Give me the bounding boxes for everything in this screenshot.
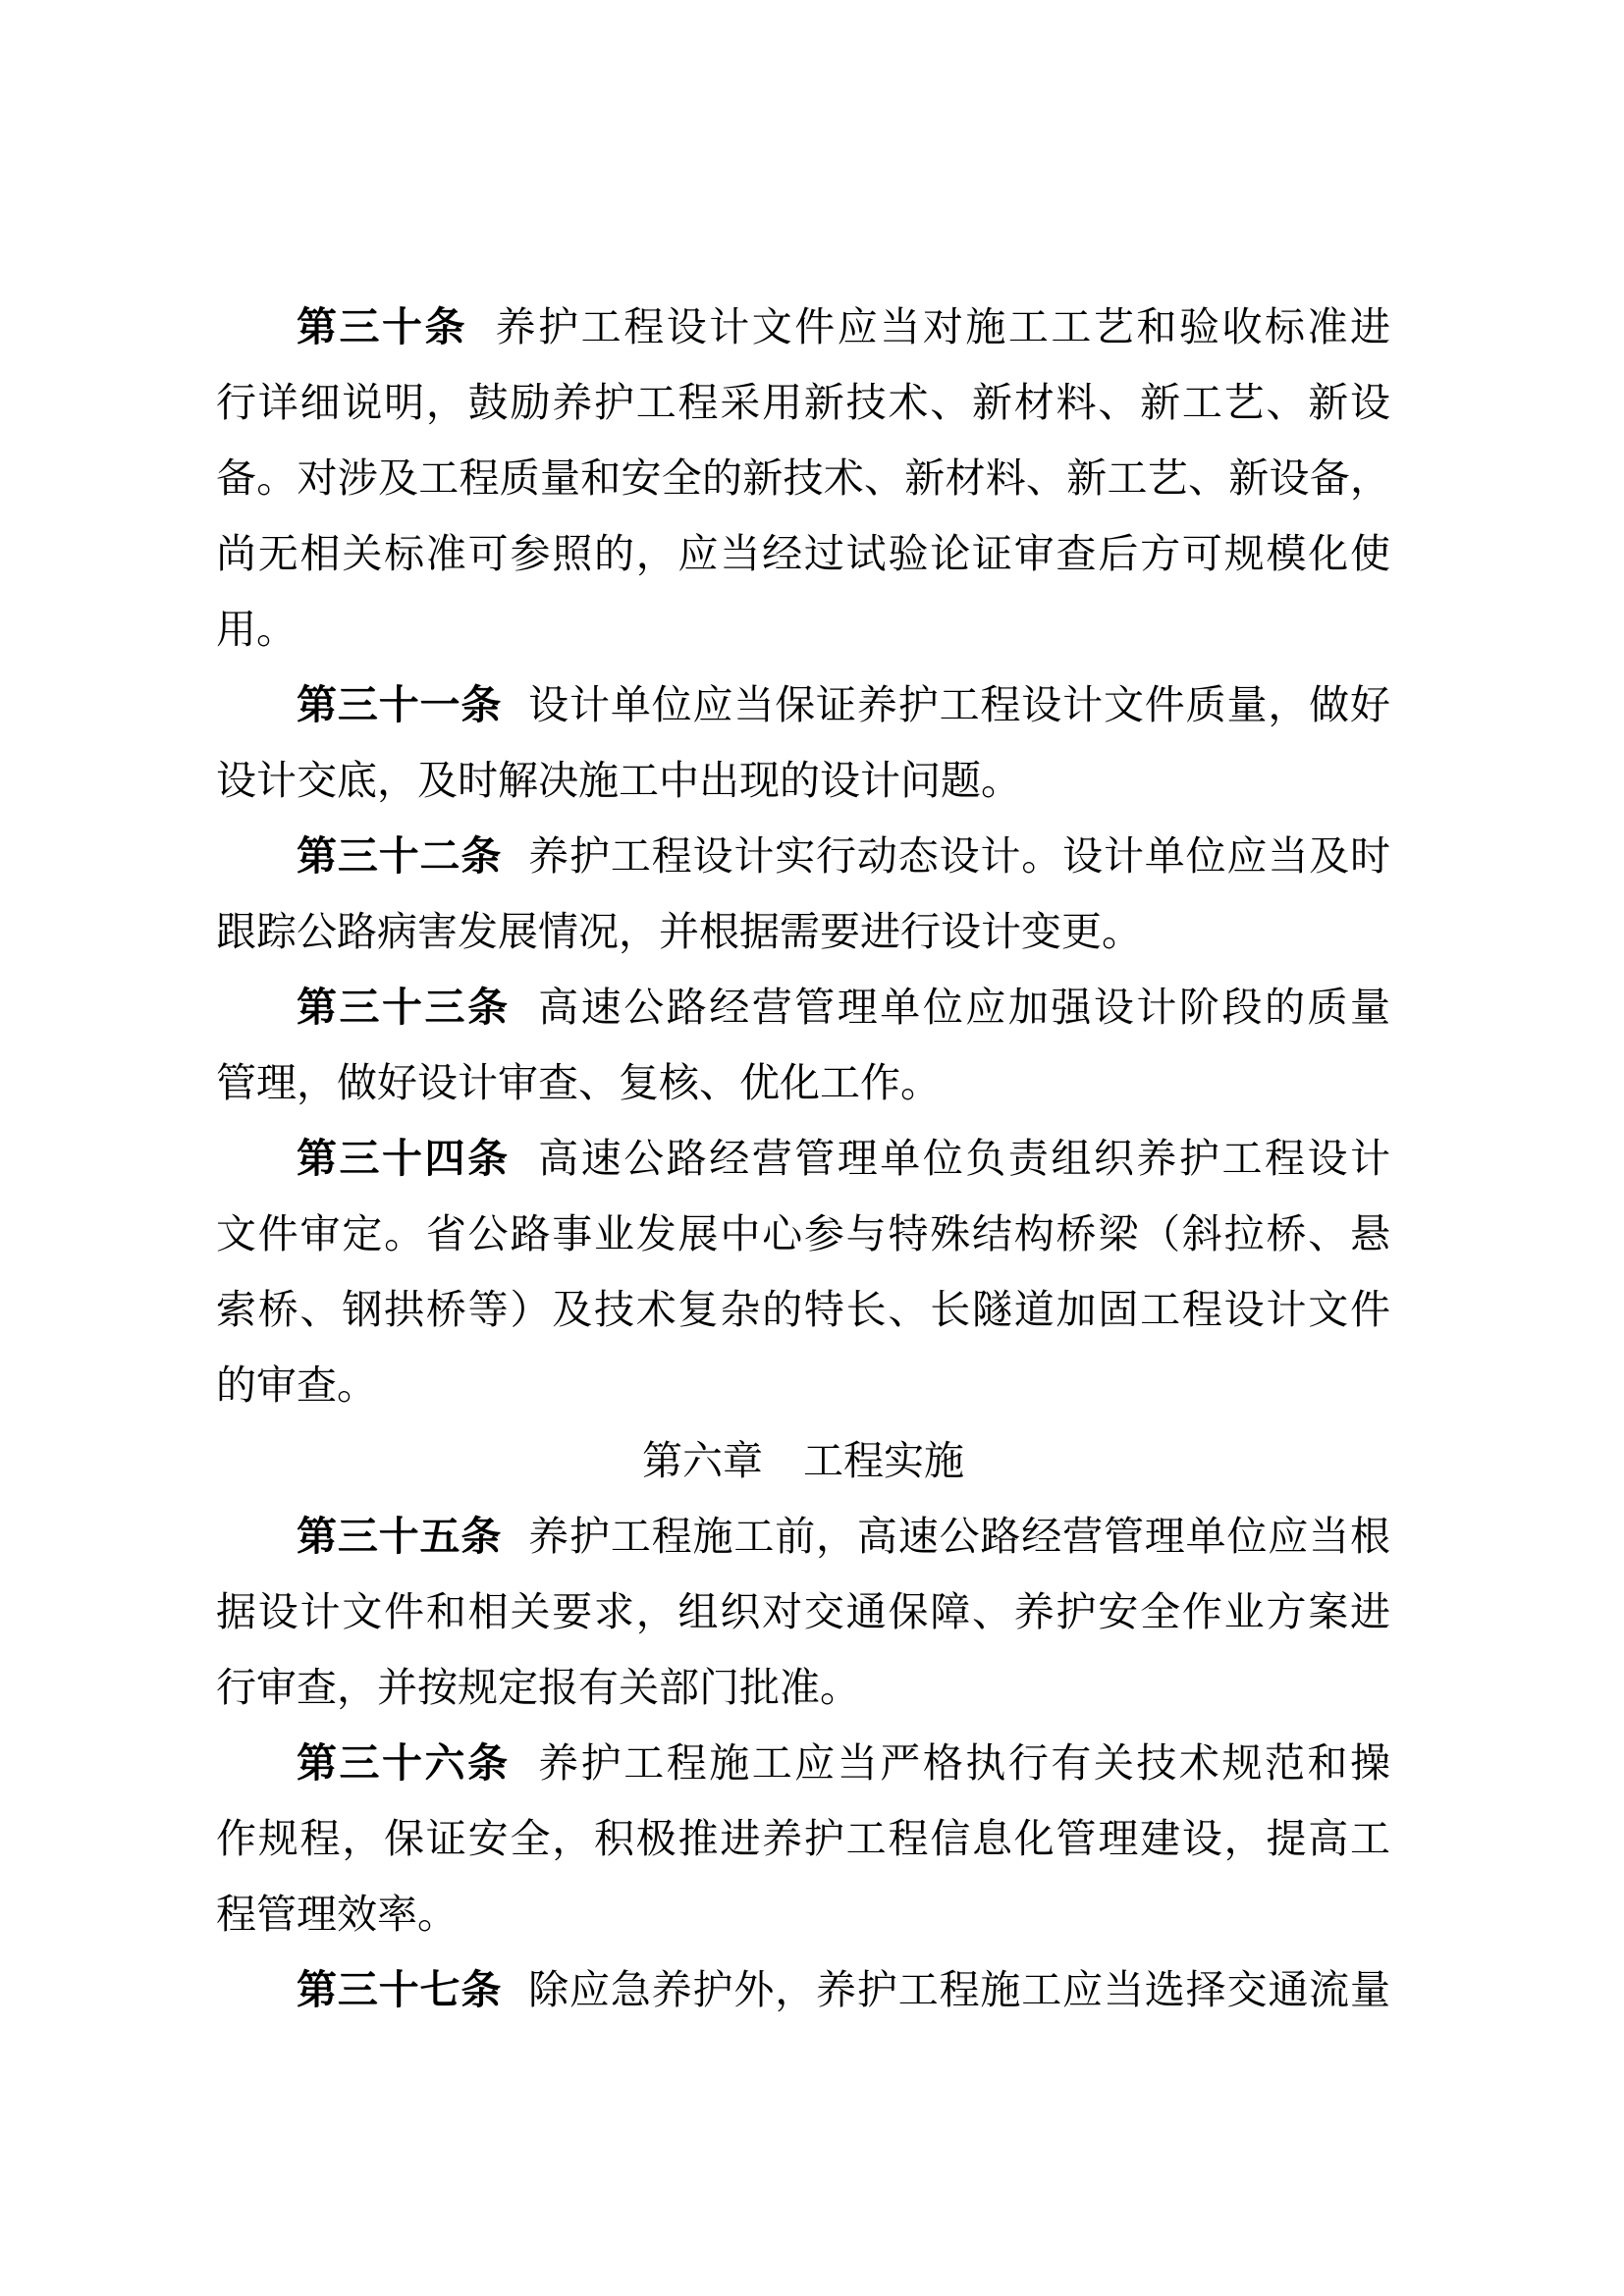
body-text-line: 跟踪公路病害发展情况，并根据需要进行设计变更。	[216, 894, 1390, 970]
article-first-line-text: 高速公路经营管理单位负责组织养护工程设计	[538, 1135, 1390, 1182]
article-number-label: 第三十五条	[297, 1513, 502, 1560]
article-number-label: 第三十七条	[297, 1966, 502, 2013]
body-text-line: 备。对涉及工程质量和安全的新技术、新材料、新工艺、新设备，	[216, 441, 1390, 516]
body-text-line: 作规程，保证安全，积极推进养护工程信息化管理建设，提高工	[216, 1801, 1390, 1877]
article-number-label: 第三十四条	[297, 1135, 511, 1182]
article-first-line: 第三十七条 除应急养护外，养护工程施工应当选择交通流量	[216, 1952, 1390, 2028]
document-page: 第三十条 养护工程设计文件应当对施工工艺和验收标准进行详细说明，鼓励养护工程采用…	[0, 0, 1624, 2296]
body-text-line: 管理，做好设计审查、复核、优化工作。	[216, 1045, 1390, 1121]
article-number-label: 第三十二条	[297, 832, 502, 880]
article-first-line-text: 除应急养护外，养护工程施工应当选择交通流量	[528, 1966, 1390, 2013]
chapter-heading: 第六章 工程实施	[216, 1423, 1390, 1499]
article-first-line-text: 养护工程施工前，高速公路经营管理单位应当根	[528, 1513, 1390, 1560]
article-number-label: 第三十一条	[297, 681, 502, 728]
body-text-line: 文件审定。省公路事业发展中心参与特殊结构桥梁（斜拉桥、悬	[216, 1197, 1390, 1272]
body-text-line: 据设计文件和相关要求，组织对交通保障、养护安全作业方案进	[216, 1575, 1390, 1650]
body-text-line: 程管理效率。	[216, 1877, 1390, 1952]
body-text-line: 的审查。	[216, 1348, 1390, 1423]
body-text-line: 行审查，并按规定报有关部门批准。	[216, 1650, 1390, 1726]
article-number-label: 第三十条	[297, 303, 467, 350]
article-first-line: 第三十五条 养护工程施工前，高速公路经营管理单位应当根	[216, 1499, 1390, 1575]
article-first-line-text: 高速公路经营管理单位应加强设计阶段的质量	[538, 984, 1390, 1031]
article-first-line: 第三十一条 设计单位应当保证养护工程设计文件质量，做好	[216, 667, 1390, 743]
body-text-line: 用。	[216, 592, 1390, 667]
body-text-line: 索桥、钢拱桥等）及技术复杂的特长、长隧道加固工程设计文件	[216, 1272, 1390, 1348]
body-text-line: 尚无相关标准可参照的，应当经过试验论证审查后方可规模化使	[216, 516, 1390, 592]
body-text-line: 行详细说明，鼓励养护工程采用新技术、新材料、新工艺、新设	[216, 365, 1390, 441]
article-first-line: 第三十四条 高速公路经营管理单位负责组织养护工程设计	[216, 1121, 1390, 1197]
article-first-line: 第三十二条 养护工程设计实行动态设计。设计单位应当及时	[216, 819, 1390, 894]
article-first-line-text: 养护工程设计文件应当对施工工艺和验收标准进	[496, 303, 1390, 350]
article-number-label: 第三十三条	[297, 984, 511, 1031]
article-first-line: 第三十三条 高速公路经营管理单位应加强设计阶段的质量	[216, 970, 1390, 1045]
article-number-label: 第三十六条	[297, 1739, 511, 1787]
article-first-line-text: 设计单位应当保证养护工程设计文件质量，做好	[528, 681, 1390, 728]
body-text-line: 设计交底，及时解决施工中出现的设计问题。	[216, 743, 1390, 819]
document-body: 第三十条 养护工程设计文件应当对施工工艺和验收标准进行详细说明，鼓励养护工程采用…	[216, 290, 1390, 2028]
article-first-line: 第三十条 养护工程设计文件应当对施工工艺和验收标准进	[216, 290, 1390, 365]
article-first-line: 第三十六条 养护工程施工应当严格执行有关技术规范和操	[216, 1726, 1390, 1801]
article-first-line-text: 养护工程施工应当严格执行有关技术规范和操	[538, 1739, 1390, 1787]
article-first-line-text: 养护工程设计实行动态设计。设计单位应当及时	[528, 832, 1390, 880]
